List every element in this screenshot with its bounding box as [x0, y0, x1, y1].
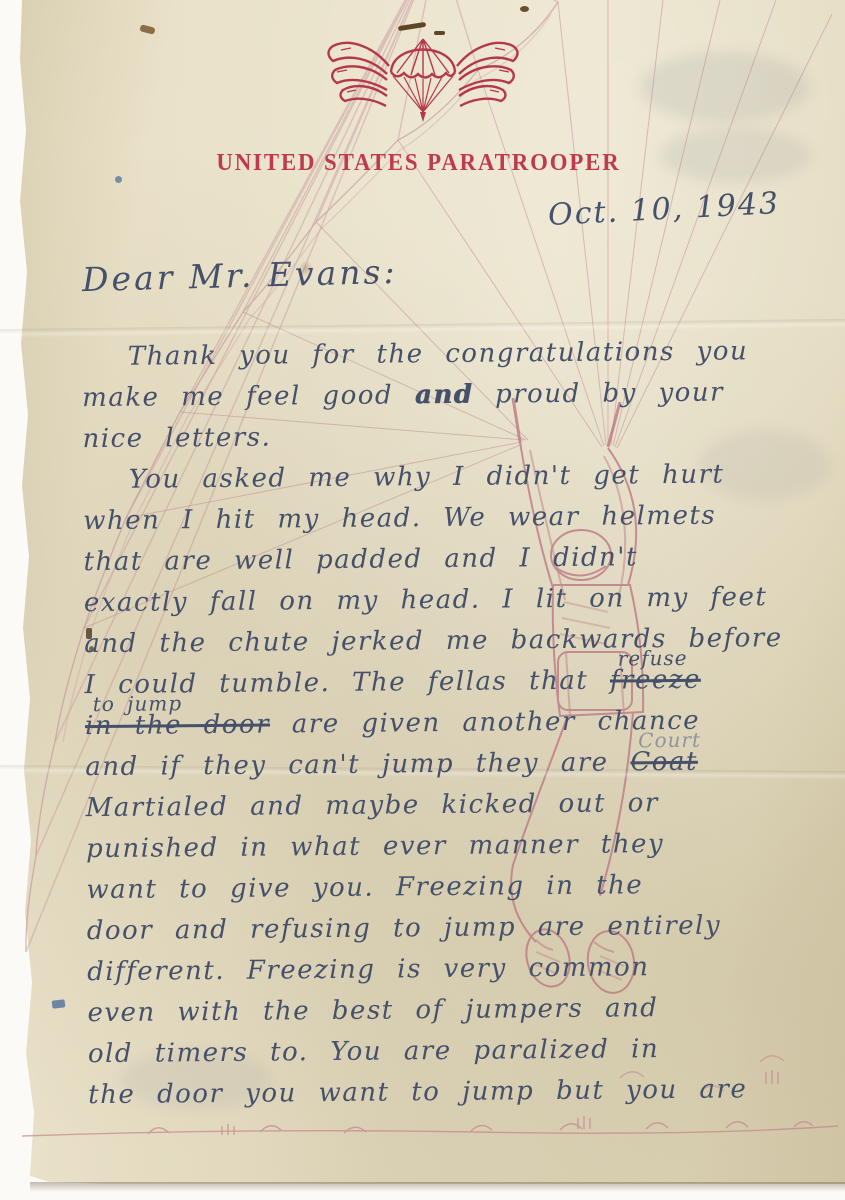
- inserted-word: refuse: [618, 648, 688, 669]
- inserted-word: to jump: [93, 693, 182, 714]
- text-segment: and if they can't jump they are: [85, 747, 630, 782]
- text-segment: punished in what ever manner they: [86, 829, 664, 864]
- letter-line: exactly fall on my head. I lit on my fee…: [84, 577, 804, 624]
- letter-line: Thank you for the congratulations you: [82, 331, 802, 378]
- letterhead-title: UNITED STATES PARATROOPER: [21, 150, 816, 177]
- text-segment: in the doorto jump: [85, 710, 270, 742]
- text-segment: and: [415, 380, 474, 411]
- letter-line: different. Freezing is very common: [87, 946, 807, 993]
- ink-dot: [115, 176, 122, 183]
- text-segment: CoatCourt: [630, 747, 698, 778]
- text-segment: make me feel good: [82, 380, 415, 413]
- letter-line: You asked me why I didn't get hurt: [83, 454, 803, 501]
- letter-line: old timers to. You are paralized in: [88, 1028, 808, 1075]
- letter-line: and the chute jerked me backwards before: [84, 618, 804, 665]
- letter-line: and if they can't jump they are CoatCour…: [85, 741, 805, 788]
- letter-body: Thank you for the congratulations youmak…: [82, 331, 809, 1116]
- letter-line: when I hit my head. We wear helmets: [83, 495, 803, 542]
- wing-left: [328, 43, 389, 106]
- ink-mark: [52, 999, 66, 1008]
- letter-line: make me feel good and proud by your: [82, 372, 802, 419]
- jump-wings-emblem-icon: [323, 24, 523, 132]
- text-segment: old timers to. You are paralized in: [88, 1034, 660, 1069]
- text-segment: You asked me why I didn't get hurt: [129, 460, 725, 495]
- text-segment: Thank you for the congratulations you: [128, 336, 749, 371]
- text-segment: even with the best of jumpers and: [87, 993, 658, 1028]
- text-segment: door and refusing to jump are entirely: [87, 911, 722, 947]
- text-segment: Martialed and maybe kicked out or: [86, 788, 659, 823]
- letter-line: door and refusing to jump are entirely: [87, 905, 807, 952]
- text-segment: different. Freezing is very common: [87, 952, 650, 987]
- scanned-letter-page: UNITED STATES PARATROOPER Oct. 10, 1943 …: [0, 0, 845, 1200]
- text-segment: nice letters.: [82, 423, 271, 455]
- text-segment: the door you want to jump but you are: [88, 1074, 747, 1110]
- ink-showthrough-smudge: [640, 52, 810, 122]
- text-segment: that are well padded and I didn't: [83, 542, 638, 577]
- text-segment: want to give you. Freezing in the: [86, 870, 643, 905]
- letter-line: that are well padded and I didn't: [83, 536, 803, 583]
- letter-line: Martialed and maybe kicked out or: [86, 782, 806, 829]
- letter-line: even with the best of jumpers and: [87, 987, 807, 1034]
- text-segment: proud by your: [473, 378, 724, 410]
- text-segment: exactly fall on my head. I lit on my fee…: [84, 582, 768, 618]
- letter-line: I could tumble. The fellas that freezere…: [84, 659, 804, 706]
- text-segment: when I hit my head. We wear helmets: [83, 501, 716, 537]
- letter-line: want to give you. Freezing in the: [86, 864, 806, 911]
- letter-line: the door you want to jump but you are: [88, 1069, 808, 1116]
- letter-line: punished in what ever manner they: [86, 823, 806, 870]
- text-segment: freezerefuse: [610, 665, 701, 696]
- paper-bottom-edge-shadow: [30, 1182, 845, 1192]
- letter-line: nice letters.: [82, 413, 802, 460]
- text-segment: are given another chance: [270, 706, 700, 740]
- paper-stain: [520, 6, 529, 12]
- inserted-word: Court: [638, 730, 701, 751]
- letter-salutation: Dear Mr. Evans:: [82, 252, 398, 299]
